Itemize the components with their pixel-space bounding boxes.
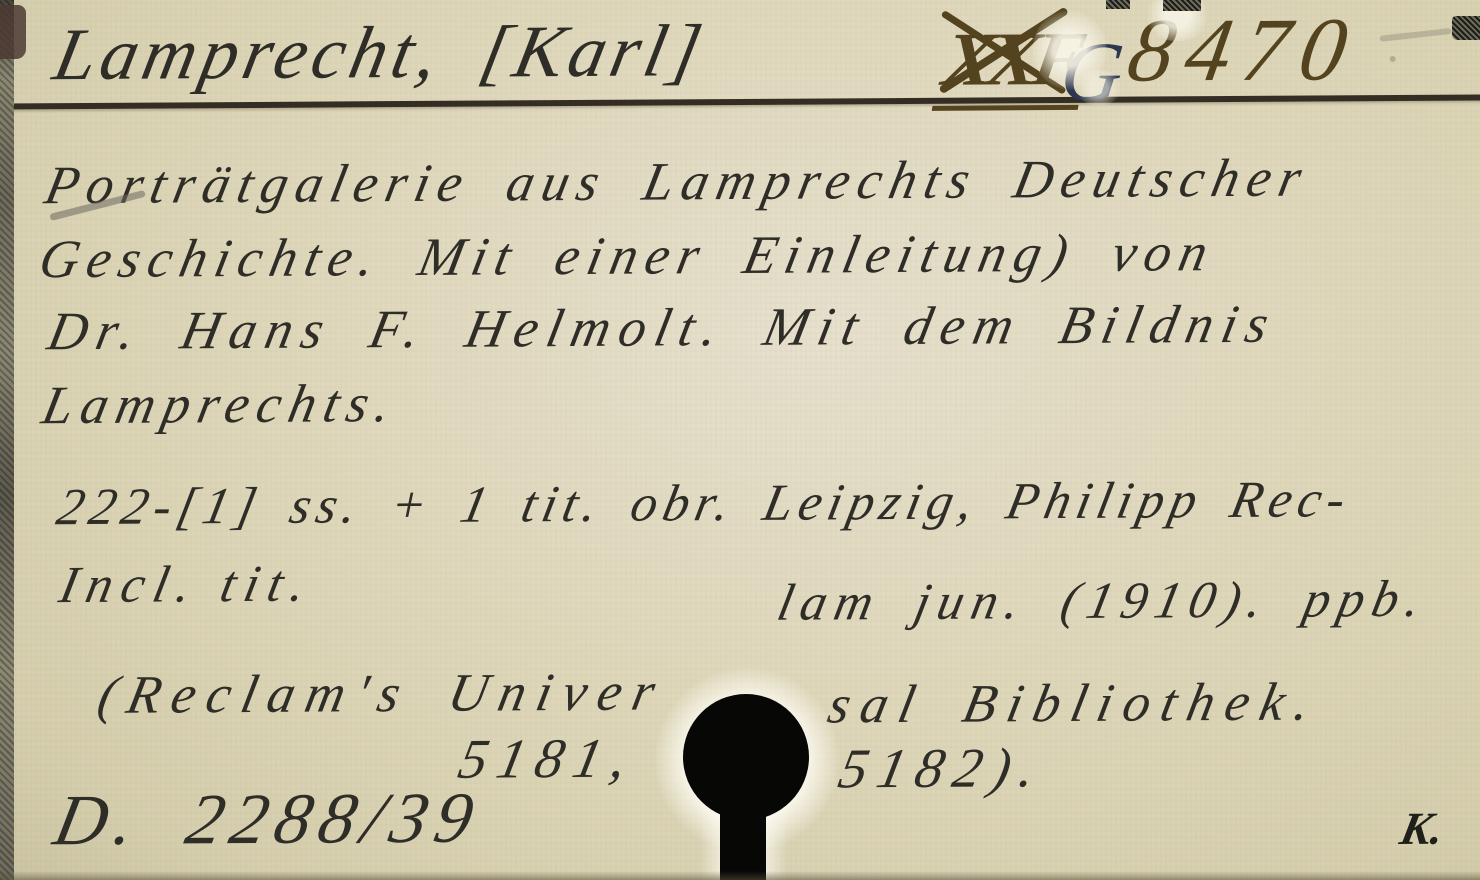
- shelfmark: XXF G 8470: [939, 3, 940, 113]
- title-line-3: Dr. Hans F. Helmolt. Mit dem Bildnis: [43, 297, 1282, 359]
- title-line-1: Porträtgalerie aus Lamprechts Deutscher: [41, 150, 1315, 212]
- catalog-card: Lamprecht, [Karl] XXF G 8470 Porträtgale…: [0, 0, 1480, 880]
- title-line-2: Geschichte. Mit einer Einleitung) von: [35, 225, 1220, 286]
- pencil-smudge: [1379, 28, 1451, 42]
- scan-edge-artifact: [1163, 0, 1201, 11]
- shelfmark-letter: G: [1055, 24, 1129, 121]
- heading-author: Lamprecht, [Karl]: [48, 14, 712, 92]
- pencil-smudge: [1390, 56, 1396, 62]
- card-left-edge: [0, 0, 14, 880]
- accession-number: D. 2288/39: [49, 782, 488, 857]
- card-bottom-edge: [0, 871, 1480, 880]
- series-number-right: 5182).: [834, 740, 1050, 797]
- shelfmark-number: 8470: [1121, 0, 1367, 103]
- scan-corner-artifact: [1452, 16, 1480, 40]
- cataloger-initials: K.: [1397, 806, 1449, 852]
- collation-line: 222-[1] ss. + 1 tit. obr. Leipzig, Phili…: [53, 474, 1356, 534]
- title-line-4: Lamprechts.: [38, 376, 404, 432]
- series-statement-left: (Reclam's Univer: [94, 664, 671, 722]
- scan-edge-artifact: [1106, 0, 1130, 9]
- imprint-continuation: lam jun. (1910). ppb.: [773, 574, 1433, 630]
- collation-note: Incl. tit.: [55, 559, 319, 613]
- series-statement-right: sal Bibliothek.: [824, 674, 1326, 731]
- hole-punch-slot: [720, 798, 766, 880]
- scan-corner-artifact: [0, 5, 26, 59]
